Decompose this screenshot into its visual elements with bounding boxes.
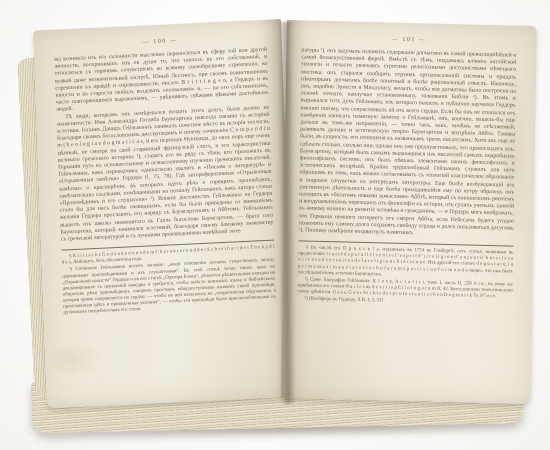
paper-stain bbox=[43, 339, 103, 379]
body-paragraph: ратуры ¹), онъ задумалъ изложить содержа… bbox=[299, 47, 517, 240]
body-paragraph: Тѣ люди, которымъ онъ намѣревался воздат… bbox=[56, 104, 274, 244]
left-page-footnotes: ¹) K r i t i s c h e G e d a n k e n v o… bbox=[61, 245, 276, 317]
right-page-number: — 101 — bbox=[302, 34, 517, 45]
book-gutter-shadow bbox=[279, 22, 296, 404]
footnote: ²) Сочиненіе Гейльманна носитъ заглавіе:… bbox=[62, 258, 277, 317]
footnote: ¹) Въ числѣ его O p u s c u l a, изданны… bbox=[298, 246, 513, 282]
open-book: — 100 — вы возникла изъ его склонности м… bbox=[11, 6, 540, 440]
paper-stain bbox=[495, 66, 530, 246]
right-page-body: ратуры ¹), онъ задумалъ изложить содержа… bbox=[299, 47, 517, 240]
right-page-footnotes: ¹) Въ числѣ его O p u s c u l a, изданны… bbox=[297, 246, 513, 308]
left-page-body: вы возникла изъ его склонности мысленно … bbox=[54, 47, 274, 244]
book-photo-background: — 100 — вы возникла изъ его склонности м… bbox=[0, 0, 550, 450]
body-paragraph: вы возникла изъ его склонности мысленно … bbox=[54, 47, 269, 115]
